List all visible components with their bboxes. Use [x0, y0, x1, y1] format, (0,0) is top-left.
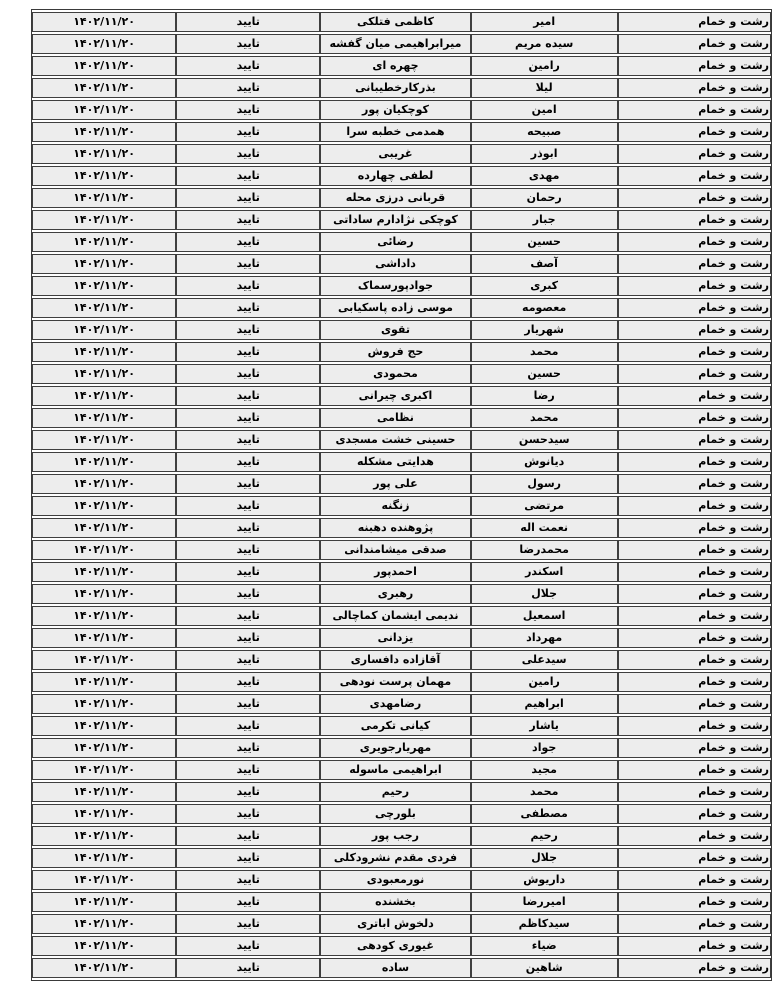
date-cell: ۱۴۰۲/۱۱/۲۰ — [32, 100, 176, 120]
last-name-cell: صدقی میشامندانی — [320, 540, 470, 560]
first-name-cell: محمدرضا — [471, 540, 618, 560]
first-name-cell: معصومه — [471, 298, 618, 318]
location-cell: رشت و خمام — [618, 298, 771, 318]
status-cell: تایید — [176, 584, 320, 604]
date-cell: ۱۴۰۲/۱۱/۲۰ — [32, 958, 176, 978]
table-row: رشت و خمام جلال رهبری تایید ۱۴۰۲/۱۱/۲۰ — [32, 584, 771, 604]
table-row: رشت و خمام حسین محمودی تایید ۱۴۰۲/۱۱/۲۰ — [32, 364, 771, 384]
last-name-cell: بلورچی — [320, 804, 470, 824]
location-cell: رشت و خمام — [618, 452, 771, 472]
last-name-cell: پژوهنده دهبنه — [320, 518, 470, 538]
first-name-cell: رسول — [471, 474, 618, 494]
first-name-cell: محمد — [471, 408, 618, 428]
status-cell: تایید — [176, 100, 320, 120]
date-cell: ۱۴۰۲/۱۱/۲۰ — [32, 628, 176, 648]
last-name-cell: قربانی درزی محله — [320, 188, 470, 208]
first-name-cell: امیر — [471, 12, 618, 32]
last-name-cell: لطفی چهارده — [320, 166, 470, 186]
table-row: رشت و خمام رحیم رجب پور تایید ۱۴۰۲/۱۱/۲۰ — [32, 826, 771, 846]
date-cell: ۱۴۰۲/۱۱/۲۰ — [32, 276, 176, 296]
table-row: رشت و خمام محمد رحیم تایید ۱۴۰۲/۱۱/۲۰ — [32, 782, 771, 802]
status-cell: تایید — [176, 848, 320, 868]
date-cell: ۱۴۰۲/۱۱/۲۰ — [32, 672, 176, 692]
status-cell: تایید — [176, 804, 320, 824]
location-cell: رشت و خمام — [618, 782, 771, 802]
table-row: رشت و خمام جلال فردی مقدم نشرودکلی تایید… — [32, 848, 771, 868]
report-page: رشت و خمام امیر کاظمی فتلکی تایید ۱۴۰۲/۱… — [0, 0, 776, 1000]
location-cell: رشت و خمام — [618, 100, 771, 120]
location-cell: رشت و خمام — [618, 122, 771, 142]
table-row: رشت و خمام کبری جوادپورسماک تایید ۱۴۰۲/۱… — [32, 276, 771, 296]
first-name-cell: کبری — [471, 276, 618, 296]
table-row: رشت و خمام آصف داداشی تایید ۱۴۰۲/۱۱/۲۰ — [32, 254, 771, 274]
location-cell: رشت و خمام — [618, 694, 771, 714]
date-cell: ۱۴۰۲/۱۱/۲۰ — [32, 474, 176, 494]
date-cell: ۱۴۰۲/۱۱/۲۰ — [32, 496, 176, 516]
status-cell: تایید — [176, 760, 320, 780]
date-cell: ۱۴۰۲/۱۱/۲۰ — [32, 452, 176, 472]
location-cell: رشت و خمام — [618, 892, 771, 912]
first-name-cell: امیررضا — [471, 892, 618, 912]
last-name-cell: رحیم — [320, 782, 470, 802]
last-name-cell: ندیمی ایشمان کماچالی — [320, 606, 470, 626]
status-cell: تایید — [176, 914, 320, 934]
table-row: رشت و خمام مهرداد یزدانی تایید ۱۴۰۲/۱۱/۲… — [32, 628, 771, 648]
status-cell: تایید — [176, 606, 320, 626]
first-name-cell: حسین — [471, 232, 618, 252]
status-cell: تایید — [176, 408, 320, 428]
table-row: رشت و خمام رامین چهره ای تایید ۱۴۰۲/۱۱/۲… — [32, 56, 771, 76]
location-cell: رشت و خمام — [618, 562, 771, 582]
last-name-cell: رهبری — [320, 584, 470, 604]
last-name-cell: حج فروش — [320, 342, 470, 362]
last-name-cell: آقازاده دافساری — [320, 650, 470, 670]
last-name-cell: زنگنه — [320, 496, 470, 516]
first-name-cell: سیدعلی — [471, 650, 618, 670]
location-cell: رشت و خمام — [618, 716, 771, 736]
last-name-cell: جوادپورسماک — [320, 276, 470, 296]
last-name-cell: مهمان پرست نودهی — [320, 672, 470, 692]
first-name-cell: حسین — [471, 364, 618, 384]
location-cell: رشت و خمام — [618, 386, 771, 406]
date-cell: ۱۴۰۲/۱۱/۲۰ — [32, 166, 176, 186]
first-name-cell: اسکندر — [471, 562, 618, 582]
first-name-cell: مهرداد — [471, 628, 618, 648]
last-name-cell: ابراهیمی ماسوله — [320, 760, 470, 780]
table-row: رشت و خمام امیررضا بخشنده تایید ۱۴۰۲/۱۱/… — [32, 892, 771, 912]
status-cell: تایید — [176, 34, 320, 54]
date-cell: ۱۴۰۲/۱۱/۲۰ — [32, 914, 176, 934]
status-cell: تایید — [176, 738, 320, 758]
table-row: رشت و خمام مجید ابراهیمی ماسوله تایید ۱۴… — [32, 760, 771, 780]
status-cell: تایید — [176, 320, 320, 340]
first-name-cell: جواد — [471, 738, 618, 758]
last-name-cell: میرابراهیمی میان گفشه — [320, 34, 470, 54]
table-row: رشت و خمام شاهین ساده تایید ۱۴۰۲/۱۱/۲۰ — [32, 958, 771, 978]
first-name-cell: لیلا — [471, 78, 618, 98]
date-cell: ۱۴۰۲/۱۱/۲۰ — [32, 848, 176, 868]
first-name-cell: داریوش — [471, 870, 618, 890]
table-row: رشت و خمام ابوذر غریبی تایید ۱۴۰۲/۱۱/۲۰ — [32, 144, 771, 164]
table-row: رشت و خمام سیدعلی آقازاده دافساری تایید … — [32, 650, 771, 670]
last-name-cell: نورمعبودی — [320, 870, 470, 890]
last-name-cell: فردی مقدم نشرودکلی — [320, 848, 470, 868]
last-name-cell: غریبی — [320, 144, 470, 164]
table-row: رشت و خمام سیده مریم میرابراهیمی میان گف… — [32, 34, 771, 54]
status-cell: تایید — [176, 496, 320, 516]
date-cell: ۱۴۰۲/۱۱/۲۰ — [32, 342, 176, 362]
table-row: رشت و خمام محمدرضا صدقی میشامندانی تایید… — [32, 540, 771, 560]
table-row: رشت و خمام لیلا بذرکارخطیبانی تایید ۱۴۰۲… — [32, 78, 771, 98]
last-name-cell: نظامی — [320, 408, 470, 428]
last-name-cell: داداشی — [320, 254, 470, 274]
approval-records-table: رشت و خمام امیر کاظمی فتلکی تایید ۱۴۰۲/۱… — [31, 9, 772, 981]
last-name-cell: مهریارجویری — [320, 738, 470, 758]
table-row: رشت و خمام اسمعیل ندیمی ایشمان کماچالی ت… — [32, 606, 771, 626]
status-cell: تایید — [176, 892, 320, 912]
status-cell: تایید — [176, 210, 320, 230]
location-cell: رشت و خمام — [618, 78, 771, 98]
date-cell: ۱۴۰۲/۱۱/۲۰ — [32, 760, 176, 780]
status-cell: تایید — [176, 540, 320, 560]
location-cell: رشت و خمام — [618, 870, 771, 890]
location-cell: رشت و خمام — [618, 320, 771, 340]
status-cell: تایید — [176, 870, 320, 890]
last-name-cell: رجب پور — [320, 826, 470, 846]
table-row: رشت و خمام رسول علی پور تایید ۱۴۰۲/۱۱/۲۰ — [32, 474, 771, 494]
location-cell: رشت و خمام — [618, 518, 771, 538]
status-cell: تایید — [176, 958, 320, 978]
status-cell: تایید — [176, 166, 320, 186]
location-cell: رشت و خمام — [618, 34, 771, 54]
date-cell: ۱۴۰۲/۱۱/۲۰ — [32, 78, 176, 98]
table-row: رشت و خمام جواد مهریارجویری تایید ۱۴۰۲/۱… — [32, 738, 771, 758]
last-name-cell: کوچکی نژادارم ساداتی — [320, 210, 470, 230]
location-cell: رشت و خمام — [618, 430, 771, 450]
last-name-cell: اکبری چیرانی — [320, 386, 470, 406]
first-name-cell: ابوذر — [471, 144, 618, 164]
last-name-cell: محمودی — [320, 364, 470, 384]
date-cell: ۱۴۰۲/۱۱/۲۰ — [32, 386, 176, 406]
location-cell: رشت و خمام — [618, 342, 771, 362]
status-cell: تایید — [176, 298, 320, 318]
location-cell: رشت و خمام — [618, 144, 771, 164]
table-row: رشت و خمام محمد حج فروش تایید ۱۴۰۲/۱۱/۲۰ — [32, 342, 771, 362]
table-row: رشت و خمام امیر کاظمی فتلکی تایید ۱۴۰۲/۱… — [32, 12, 771, 32]
first-name-cell: صبیحه — [471, 122, 618, 142]
table-body: رشت و خمام امیر کاظمی فتلکی تایید ۱۴۰۲/۱… — [32, 12, 771, 978]
location-cell: رشت و خمام — [618, 188, 771, 208]
last-name-cell: کوچکیان پور — [320, 100, 470, 120]
table-row: رشت و خمام مرتضی زنگنه تایید ۱۴۰۲/۱۱/۲۰ — [32, 496, 771, 516]
date-cell: ۱۴۰۲/۱۱/۲۰ — [32, 826, 176, 846]
location-cell: رشت و خمام — [618, 672, 771, 692]
date-cell: ۱۴۰۲/۱۱/۲۰ — [32, 430, 176, 450]
date-cell: ۱۴۰۲/۱۱/۲۰ — [32, 188, 176, 208]
status-cell: تایید — [176, 12, 320, 32]
last-name-cell: علی پور — [320, 474, 470, 494]
status-cell: تایید — [176, 122, 320, 142]
table-row: رشت و خمام دیانوش هدایتی مشکله تایید ۱۴۰… — [32, 452, 771, 472]
date-cell: ۱۴۰۲/۱۱/۲۰ — [32, 892, 176, 912]
date-cell: ۱۴۰۲/۱۱/۲۰ — [32, 210, 176, 230]
date-cell: ۱۴۰۲/۱۱/۲۰ — [32, 232, 176, 252]
location-cell: رشت و خمام — [618, 474, 771, 494]
status-cell: تایید — [176, 386, 320, 406]
status-cell: تایید — [176, 474, 320, 494]
first-name-cell: جبار — [471, 210, 618, 230]
first-name-cell: آصف — [471, 254, 618, 274]
date-cell: ۱۴۰۲/۱۱/۲۰ — [32, 254, 176, 274]
first-name-cell: رضا — [471, 386, 618, 406]
location-cell: رشت و خمام — [618, 496, 771, 516]
location-cell: رشت و خمام — [618, 276, 771, 296]
location-cell: رشت و خمام — [618, 804, 771, 824]
status-cell: تایید — [176, 650, 320, 670]
location-cell: رشت و خمام — [618, 232, 771, 252]
date-cell: ۱۴۰۲/۱۱/۲۰ — [32, 804, 176, 824]
last-name-cell: حسینی خشت مسجدی — [320, 430, 470, 450]
table-row: رشت و خمام یاشار کیانی تکرمی تایید ۱۴۰۲/… — [32, 716, 771, 736]
first-name-cell: رامین — [471, 56, 618, 76]
first-name-cell: محمد — [471, 342, 618, 362]
location-cell: رشت و خمام — [618, 408, 771, 428]
table-row: رشت و خمام مصطفی بلورچی تایید ۱۴۰۲/۱۱/۲۰ — [32, 804, 771, 824]
table-row: رشت و خمام جبار کوچکی نژادارم ساداتی تای… — [32, 210, 771, 230]
date-cell: ۱۴۰۲/۱۱/۲۰ — [32, 738, 176, 758]
table-row: رشت و خمام حسین رضائی تایید ۱۴۰۲/۱۱/۲۰ — [32, 232, 771, 252]
date-cell: ۱۴۰۲/۱۱/۲۰ — [32, 650, 176, 670]
status-cell: تایید — [176, 562, 320, 582]
status-cell: تایید — [176, 276, 320, 296]
status-cell: تایید — [176, 694, 320, 714]
first-name-cell: اسمعیل — [471, 606, 618, 626]
table-row: رشت و خمام سیدکاظم دلخوش اباتری تایید ۱۴… — [32, 914, 771, 934]
first-name-cell: رحیم — [471, 826, 618, 846]
last-name-cell: همدمی خطبه سرا — [320, 122, 470, 142]
status-cell: تایید — [176, 364, 320, 384]
location-cell: رشت و خمام — [618, 914, 771, 934]
last-name-cell: هدایتی مشکله — [320, 452, 470, 472]
last-name-cell: بخشنده — [320, 892, 470, 912]
date-cell: ۱۴۰۲/۱۱/۲۰ — [32, 870, 176, 890]
location-cell: رشت و خمام — [618, 56, 771, 76]
date-cell: ۱۴۰۲/۱۱/۲۰ — [32, 34, 176, 54]
table-row: رشت و خمام ابراهیم رضامهدی تایید ۱۴۰۲/۱۱… — [32, 694, 771, 714]
first-name-cell: ضیاء — [471, 936, 618, 956]
status-cell: تایید — [176, 342, 320, 362]
status-cell: تایید — [176, 78, 320, 98]
table-row: رشت و خمام رحمان قربانی درزی محله تایید … — [32, 188, 771, 208]
date-cell: ۱۴۰۲/۱۱/۲۰ — [32, 584, 176, 604]
status-cell: تایید — [176, 56, 320, 76]
last-name-cell: دلخوش اباتری — [320, 914, 470, 934]
location-cell: رشت و خمام — [618, 958, 771, 978]
first-name-cell: رامین — [471, 672, 618, 692]
first-name-cell: شهریار — [471, 320, 618, 340]
date-cell: ۱۴۰۲/۱۱/۲۰ — [32, 540, 176, 560]
first-name-cell: جلال — [471, 848, 618, 868]
first-name-cell: محمد — [471, 782, 618, 802]
location-cell: رشت و خمام — [618, 936, 771, 956]
date-cell: ۱۴۰۲/۱۱/۲۰ — [32, 56, 176, 76]
last-name-cell: ساده — [320, 958, 470, 978]
table-row: رشت و خمام رضا اکبری چیرانی تایید ۱۴۰۲/۱… — [32, 386, 771, 406]
date-cell: ۱۴۰۲/۱۱/۲۰ — [32, 716, 176, 736]
first-name-cell: نعمت اله — [471, 518, 618, 538]
table-row: رشت و خمام نعمت اله پژوهنده دهبنه تایید … — [32, 518, 771, 538]
location-cell: رشت و خمام — [618, 628, 771, 648]
location-cell: رشت و خمام — [618, 650, 771, 670]
last-name-cell: یزدانی — [320, 628, 470, 648]
first-name-cell: مرتضی — [471, 496, 618, 516]
first-name-cell: امین — [471, 100, 618, 120]
status-cell: تایید — [176, 826, 320, 846]
status-cell: تایید — [176, 452, 320, 472]
last-name-cell: رضامهدی — [320, 694, 470, 714]
location-cell: رشت و خمام — [618, 606, 771, 626]
first-name-cell: جلال — [471, 584, 618, 604]
date-cell: ۱۴۰۲/۱۱/۲۰ — [32, 936, 176, 956]
status-cell: تایید — [176, 936, 320, 956]
status-cell: تایید — [176, 716, 320, 736]
date-cell: ۱۴۰۲/۱۱/۲۰ — [32, 408, 176, 428]
location-cell: رشت و خمام — [618, 738, 771, 758]
table-row: رشت و خمام معصومه موسی زاده پاسکیابی تای… — [32, 298, 771, 318]
date-cell: ۱۴۰۲/۱۱/۲۰ — [32, 12, 176, 32]
location-cell: رشت و خمام — [618, 210, 771, 230]
status-cell: تایید — [176, 254, 320, 274]
first-name-cell: سیده مریم — [471, 34, 618, 54]
first-name-cell: مصطفی — [471, 804, 618, 824]
status-cell: تایید — [176, 782, 320, 802]
date-cell: ۱۴۰۲/۱۱/۲۰ — [32, 518, 176, 538]
first-name-cell: شاهین — [471, 958, 618, 978]
location-cell: رشت و خمام — [618, 254, 771, 274]
status-cell: تایید — [176, 628, 320, 648]
date-cell: ۱۴۰۲/۱۱/۲۰ — [32, 364, 176, 384]
location-cell: رشت و خمام — [618, 12, 771, 32]
status-cell: تایید — [176, 518, 320, 538]
location-cell: رشت و خمام — [618, 364, 771, 384]
date-cell: ۱۴۰۲/۱۱/۲۰ — [32, 320, 176, 340]
table-row: رشت و خمام مهدی لطفی چهارده تایید ۱۴۰۲/۱… — [32, 166, 771, 186]
location-cell: رشت و خمام — [618, 584, 771, 604]
first-name-cell: سیدکاظم — [471, 914, 618, 934]
last-name-cell: کاظمی فتلکی — [320, 12, 470, 32]
table-row: رشت و خمام امین کوچکیان پور تایید ۱۴۰۲/۱… — [32, 100, 771, 120]
first-name-cell: سیدحسن — [471, 430, 618, 450]
table-row: رشت و خمام سیدحسن حسینی خشت مسجدی تایید … — [32, 430, 771, 450]
last-name-cell: رضائی — [320, 232, 470, 252]
date-cell: ۱۴۰۲/۱۱/۲۰ — [32, 606, 176, 626]
status-cell: تایید — [176, 232, 320, 252]
location-cell: رشت و خمام — [618, 760, 771, 780]
first-name-cell: مجید — [471, 760, 618, 780]
last-name-cell: تقوی — [320, 320, 470, 340]
first-name-cell: دیانوش — [471, 452, 618, 472]
status-cell: تایید — [176, 144, 320, 164]
date-cell: ۱۴۰۲/۱۱/۲۰ — [32, 298, 176, 318]
last-name-cell: بذرکارخطیبانی — [320, 78, 470, 98]
status-cell: تایید — [176, 188, 320, 208]
table-row: رشت و خمام شهریار تقوی تایید ۱۴۰۲/۱۱/۲۰ — [32, 320, 771, 340]
first-name-cell: یاشار — [471, 716, 618, 736]
last-name-cell: غیوری کودهی — [320, 936, 470, 956]
first-name-cell: مهدی — [471, 166, 618, 186]
date-cell: ۱۴۰۲/۱۱/۲۰ — [32, 144, 176, 164]
date-cell: ۱۴۰۲/۱۱/۲۰ — [32, 562, 176, 582]
table-row: رشت و خمام رامین مهمان پرست نودهی تایید … — [32, 672, 771, 692]
date-cell: ۱۴۰۲/۱۱/۲۰ — [32, 122, 176, 142]
location-cell: رشت و خمام — [618, 848, 771, 868]
first-name-cell: رحمان — [471, 188, 618, 208]
last-name-cell: احمدپور — [320, 562, 470, 582]
status-cell: تایید — [176, 430, 320, 450]
date-cell: ۱۴۰۲/۱۱/۲۰ — [32, 694, 176, 714]
status-cell: تایید — [176, 672, 320, 692]
table-row: رشت و خمام صبیحه همدمی خطبه سرا تایید ۱۴… — [32, 122, 771, 142]
first-name-cell: ابراهیم — [471, 694, 618, 714]
table-row: رشت و خمام ضیاء غیوری کودهی تایید ۱۴۰۲/۱… — [32, 936, 771, 956]
last-name-cell: موسی زاده پاسکیابی — [320, 298, 470, 318]
location-cell: رشت و خمام — [618, 166, 771, 186]
location-cell: رشت و خمام — [618, 826, 771, 846]
last-name-cell: کیانی تکرمی — [320, 716, 470, 736]
table-row: رشت و خمام اسکندر احمدپور تایید ۱۴۰۲/۱۱/… — [32, 562, 771, 582]
date-cell: ۱۴۰۲/۱۱/۲۰ — [32, 782, 176, 802]
last-name-cell: چهره ای — [320, 56, 470, 76]
table-row: رشت و خمام محمد نظامی تایید ۱۴۰۲/۱۱/۲۰ — [32, 408, 771, 428]
location-cell: رشت و خمام — [618, 540, 771, 560]
table-row: رشت و خمام داریوش نورمعبودی تایید ۱۴۰۲/۱… — [32, 870, 771, 890]
